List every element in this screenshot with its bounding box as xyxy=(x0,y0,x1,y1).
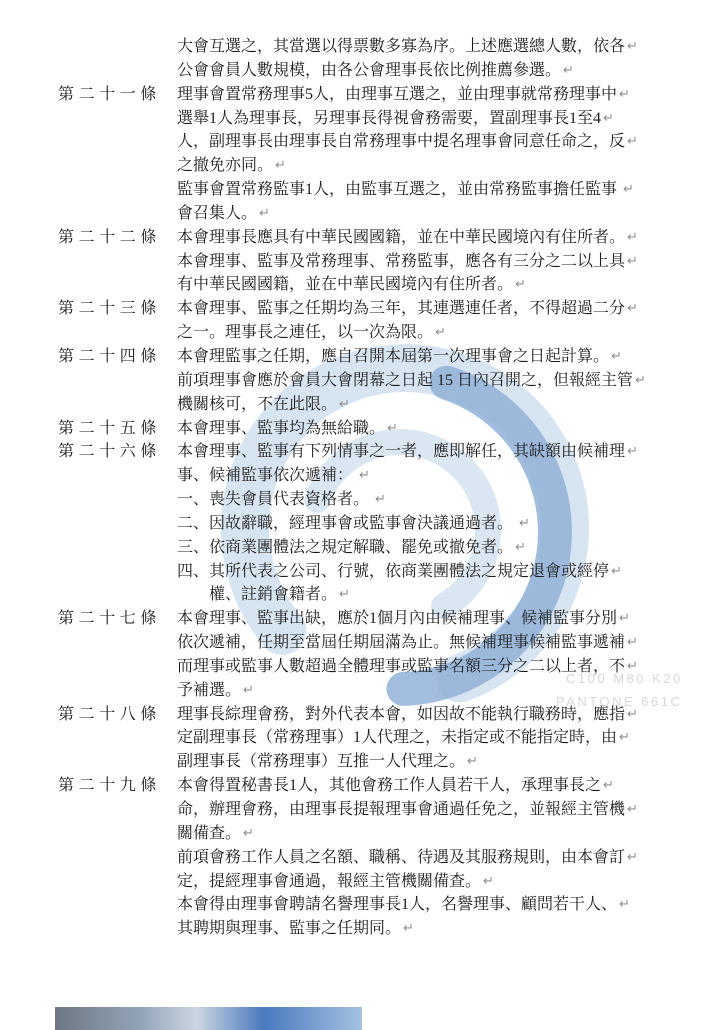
article-number: 第二十四條 xyxy=(58,343,161,366)
article-text: 之撤免亦同。 xyxy=(177,157,273,174)
article-number: 第二十八條 xyxy=(58,701,161,724)
return-mark-icon: ↵ xyxy=(403,921,414,936)
return-mark-icon: ↵ xyxy=(467,754,478,769)
article-number: 第二十七條 xyxy=(58,605,161,628)
doc-line: 有中華民國國籍，並在中華民國境內有住所者。↵ xyxy=(0,271,705,295)
return-mark-icon: ↵ xyxy=(339,587,350,602)
doc-line: 第二十二條本會理事長應具有中華民國國籍，並在中華民國境內有住所者。↵ xyxy=(0,224,705,248)
article-text: 本會理事、監事之任期均為三年，其連選連任者，不得超過二分 xyxy=(177,300,625,317)
article-text: 本會理事、監事均為無給職。 xyxy=(177,420,385,437)
doc-line: 權、註銷會籍者。↵ xyxy=(0,581,705,605)
return-mark-icon: ↵ xyxy=(623,182,634,197)
return-mark-icon: ↵ xyxy=(603,778,614,793)
return-mark-icon: ↵ xyxy=(243,683,254,698)
article-text: 本會理事、監事有下列情事之一者，應即解任，其缺額由候補理 xyxy=(177,443,625,460)
article-text: 之一。理事長之連任，以一次為限。 xyxy=(177,324,433,341)
article-text: 關備查。 xyxy=(177,825,241,842)
doc-line: 第二十三條本會理事、監事之任期均為三年，其連選連任者，不得超過二分↵ xyxy=(0,295,705,319)
return-mark-icon: ↵ xyxy=(603,111,614,126)
article-text: 公會會員人數規模，由各公會理事長依比例推薦參選。 xyxy=(177,62,561,79)
return-mark-icon: ↵ xyxy=(515,277,526,292)
return-mark-icon: ↵ xyxy=(359,468,370,483)
article-text: 本會理監事之任期，應自召開本屆第一次理事會之日起計算。 xyxy=(177,348,609,365)
article-text: 人，副理事長由理事長自常務理事中提名理事會同意任命之，反 xyxy=(177,133,625,150)
return-mark-icon: ↵ xyxy=(627,301,638,316)
return-mark-icon: ↵ xyxy=(243,826,254,841)
doc-line: 其聘期與理事、監事之任期同。↵ xyxy=(0,915,705,939)
document-body: 大會互選之，其當選以得票數多寡為序。上述應選總人數，依各↵公會會員人數規模，由各… xyxy=(0,33,705,939)
return-mark-icon: ↵ xyxy=(259,206,270,221)
doc-line: 四、其所代表之公司、行號，依商業團體法之規定退會或經停↵ xyxy=(0,558,705,582)
return-mark-icon: ↵ xyxy=(627,850,638,865)
footer-gradient-bar xyxy=(55,1007,362,1030)
article-text: 有中華民國國籍，並在中華民國境內有住所者。 xyxy=(177,276,513,293)
doc-line: 第二十七條本會理事、監事出缺，應於1個月內由候補理事、候補監事分別↵ xyxy=(0,605,705,629)
doc-line: 本會理事、監事及常務理事、常務監事，應各有三分之二以上具↵ xyxy=(0,248,705,272)
article-text: 四、其所代表之公司、行號，依商業團體法之規定退會或經停 xyxy=(177,563,609,580)
doc-line: 本會得由理事會聘請名譽理事長1人，名譽理事、顧問若干人、↵ xyxy=(0,891,705,915)
article-text: 而理事或監事人數超過全體理事或監事名額三分之二以上者，不 xyxy=(177,658,625,675)
doc-line: 大會互選之，其當選以得票數多寡為序。上述應選總人數，依各↵ xyxy=(0,33,705,57)
doc-line: 前項理事會應於會員大會閉幕之日起 15 日內召開之，但報經主管↵ xyxy=(0,367,705,391)
return-mark-icon: ↵ xyxy=(387,421,398,436)
doc-line: 前項會務工作人員之名額、職稱、待遇及其服務規則，由本會訂↵ xyxy=(0,844,705,868)
article-number: 第二十六條 xyxy=(58,438,161,461)
doc-line: 第二十四條本會理監事之任期，應自召開本屆第一次理事會之日起計算。↵ xyxy=(0,343,705,367)
doc-line: 之一。理事長之連任，以一次為限。↵ xyxy=(0,319,705,343)
doc-line: 機關核可，不在此限。↵ xyxy=(0,391,705,415)
return-mark-icon: ↵ xyxy=(627,444,638,459)
doc-line: 予補選。↵ xyxy=(0,677,705,701)
article-text: 依次遞補，任期至當屆任期屆滿為止。無候補理事候補監事遞補 xyxy=(177,634,625,651)
article-text: 機關核可，不在此限。 xyxy=(177,396,337,413)
article-text: 副理事長（常務理事）互推一人代理之。 xyxy=(177,753,465,770)
doc-line: 第二十九條本會得置秘書長1人，其他會務工作人員若干人，承理事長之↵ xyxy=(0,772,705,796)
doc-line: 定副理事長（常務理事）1人代理之，未指定或不能指定時，由↵ xyxy=(0,724,705,748)
return-mark-icon: ↵ xyxy=(611,564,622,579)
article-number: 第二十二條 xyxy=(58,224,161,247)
article-text: 權、註銷會籍者。 xyxy=(209,586,337,603)
return-mark-icon: ↵ xyxy=(515,540,526,555)
article-text: 定副理事長（常務理事）1人代理之，未指定或不能指定時，由 xyxy=(177,729,617,746)
doc-line: 第二十一條理事會置常務理事5人，由理事互選之，並由理事就常務理事中↵ xyxy=(0,81,705,105)
article-text: 會召集人。 xyxy=(177,205,257,222)
return-mark-icon: ↵ xyxy=(627,134,638,149)
doc-line: 而理事或監事人數超過全體理事或監事名額三分之二以上者，不↵ xyxy=(0,653,705,677)
return-mark-icon: ↵ xyxy=(275,158,286,173)
article-text: 前項理事會應於會員大會閉幕之日起 15 日內召開之，但報經主管 xyxy=(177,372,633,389)
article-text: 理事會置常務理事5人，由理事互選之，並由理事就常務理事中 xyxy=(177,86,617,103)
article-text: 本會得置秘書長1人，其他會務工作人員若干人，承理事長之 xyxy=(177,777,601,794)
return-mark-icon: ↵ xyxy=(435,325,446,340)
article-text: 事、候補監事依次遞補： xyxy=(177,467,357,484)
return-mark-icon: ↵ xyxy=(375,492,386,507)
doc-line: 之撤免亦同。↵ xyxy=(0,152,705,176)
return-mark-icon: ↵ xyxy=(619,611,630,626)
return-mark-icon: ↵ xyxy=(339,397,350,412)
article-number: 第二十三條 xyxy=(58,295,161,318)
return-mark-icon: ↵ xyxy=(483,874,494,889)
document-page: C100 M80 K20 PANTONE 661C 大會互選之，其當選以得票數多… xyxy=(0,0,705,1030)
return-mark-icon: ↵ xyxy=(619,87,630,102)
return-mark-icon: ↵ xyxy=(611,349,622,364)
doc-line: 監事會置常務監事1人，由監事互選之，並由常務監事擔任監事 ↵ xyxy=(0,176,705,200)
doc-line: 選舉1人為理事長，另理事長得視會務需要，置副理事長1至4↵ xyxy=(0,105,705,129)
article-number: 第二十五條 xyxy=(58,415,161,438)
return-mark-icon: ↵ xyxy=(619,897,630,912)
doc-line: 二、因故辭職，經理事會或監事會決議通過者。 ↵ xyxy=(0,510,705,534)
article-text: 命，辦理會務，由理事長提報理事會通過任免之，並報經主管機 xyxy=(177,801,625,818)
return-mark-icon: ↵ xyxy=(627,635,638,650)
article-text: 定，提經理事會通過，報經主管機關備查。 xyxy=(177,873,481,890)
doc-line: 命，辦理會務，由理事長提報理事會通過任免之，並報經主管機↵ xyxy=(0,796,705,820)
doc-line: 第二十五條本會理事、監事均為無給職。↵ xyxy=(0,415,705,439)
article-text: 本會理事長應具有中華民國國籍，並在中華民國境內有住所者。 xyxy=(177,229,625,246)
article-text: 本會理事、監事及常務理事、常務監事，應各有三分之二以上具 xyxy=(177,253,625,270)
article-text: 三、依商業團體法之規定解職、罷免或撤免者。 xyxy=(177,539,513,556)
doc-line: 三、依商業團體法之規定解職、罷免或撤免者。↵ xyxy=(0,534,705,558)
return-mark-icon: ↵ xyxy=(627,659,638,674)
doc-line: 依次遞補，任期至當屆任期屆滿為止。無候補理事候補監事遞補↵ xyxy=(0,629,705,653)
article-text: 選舉1人為理事長，另理事長得視會務需要，置副理事長1至4 xyxy=(177,110,601,127)
return-mark-icon: ↵ xyxy=(627,230,638,245)
article-number: 第二十一條 xyxy=(58,81,161,104)
article-text: 其聘期與理事、監事之任期同。 xyxy=(177,920,401,937)
doc-line: 第二十六條本會理事、監事有下列情事之一者，應即解任，其缺額由候補理↵ xyxy=(0,438,705,462)
doc-line: 第二十八條理事長綜理會務，對外代表本會，如因故不能執行職務時，應指↵ xyxy=(0,701,705,725)
return-mark-icon: ↵ xyxy=(627,802,638,817)
return-mark-icon: ↵ xyxy=(519,516,530,531)
article-text: 前項會務工作人員之名額、職稱、待遇及其服務規則，由本會訂 xyxy=(177,849,625,866)
doc-line: 關備查。↵ xyxy=(0,820,705,844)
doc-line: 一、喪失會員代表資格者。 ↵ xyxy=(0,486,705,510)
article-text: 二、因故辭職，經理事會或監事會決議通過者。 xyxy=(177,515,517,532)
return-mark-icon: ↵ xyxy=(627,39,638,54)
article-number: 第二十九條 xyxy=(58,772,161,795)
doc-line: 副理事長（常務理事）互推一人代理之。↵ xyxy=(0,748,705,772)
return-mark-icon: ↵ xyxy=(627,254,638,269)
article-text: 本會理事、監事出缺，應於1個月內由候補理事、候補監事分別 xyxy=(177,610,617,627)
article-text: 一、喪失會員代表資格者。 xyxy=(177,491,373,508)
article-text: 本會得由理事會聘請名譽理事長1人，名譽理事、顧問若干人、 xyxy=(177,896,617,913)
return-mark-icon: ↵ xyxy=(563,63,574,78)
doc-line: 公會會員人數規模，由各公會理事長依比例推薦參選。↵ xyxy=(0,57,705,81)
article-text: 大會互選之，其當選以得票數多寡為序。上述應選總人數，依各 xyxy=(177,38,625,55)
return-mark-icon: ↵ xyxy=(635,373,646,388)
doc-line: 會召集人。↵ xyxy=(0,200,705,224)
return-mark-icon: ↵ xyxy=(627,707,638,722)
doc-line: 事、候補監事依次遞補： ↵ xyxy=(0,462,705,486)
doc-line: 人，副理事長由理事長自常務理事中提名理事會同意任命之，反↵ xyxy=(0,128,705,152)
doc-line: 定，提經理事會通過，報經主管機關備查。↵ xyxy=(0,868,705,892)
article-text: 監事會置常務監事1人，由監事互選之，並由常務監事擔任監事 xyxy=(177,181,621,198)
return-mark-icon: ↵ xyxy=(619,730,630,745)
article-text: 予補選。 xyxy=(177,682,241,699)
article-text: 理事長綜理會務，對外代表本會，如因故不能執行職務時，應指 xyxy=(177,706,625,723)
